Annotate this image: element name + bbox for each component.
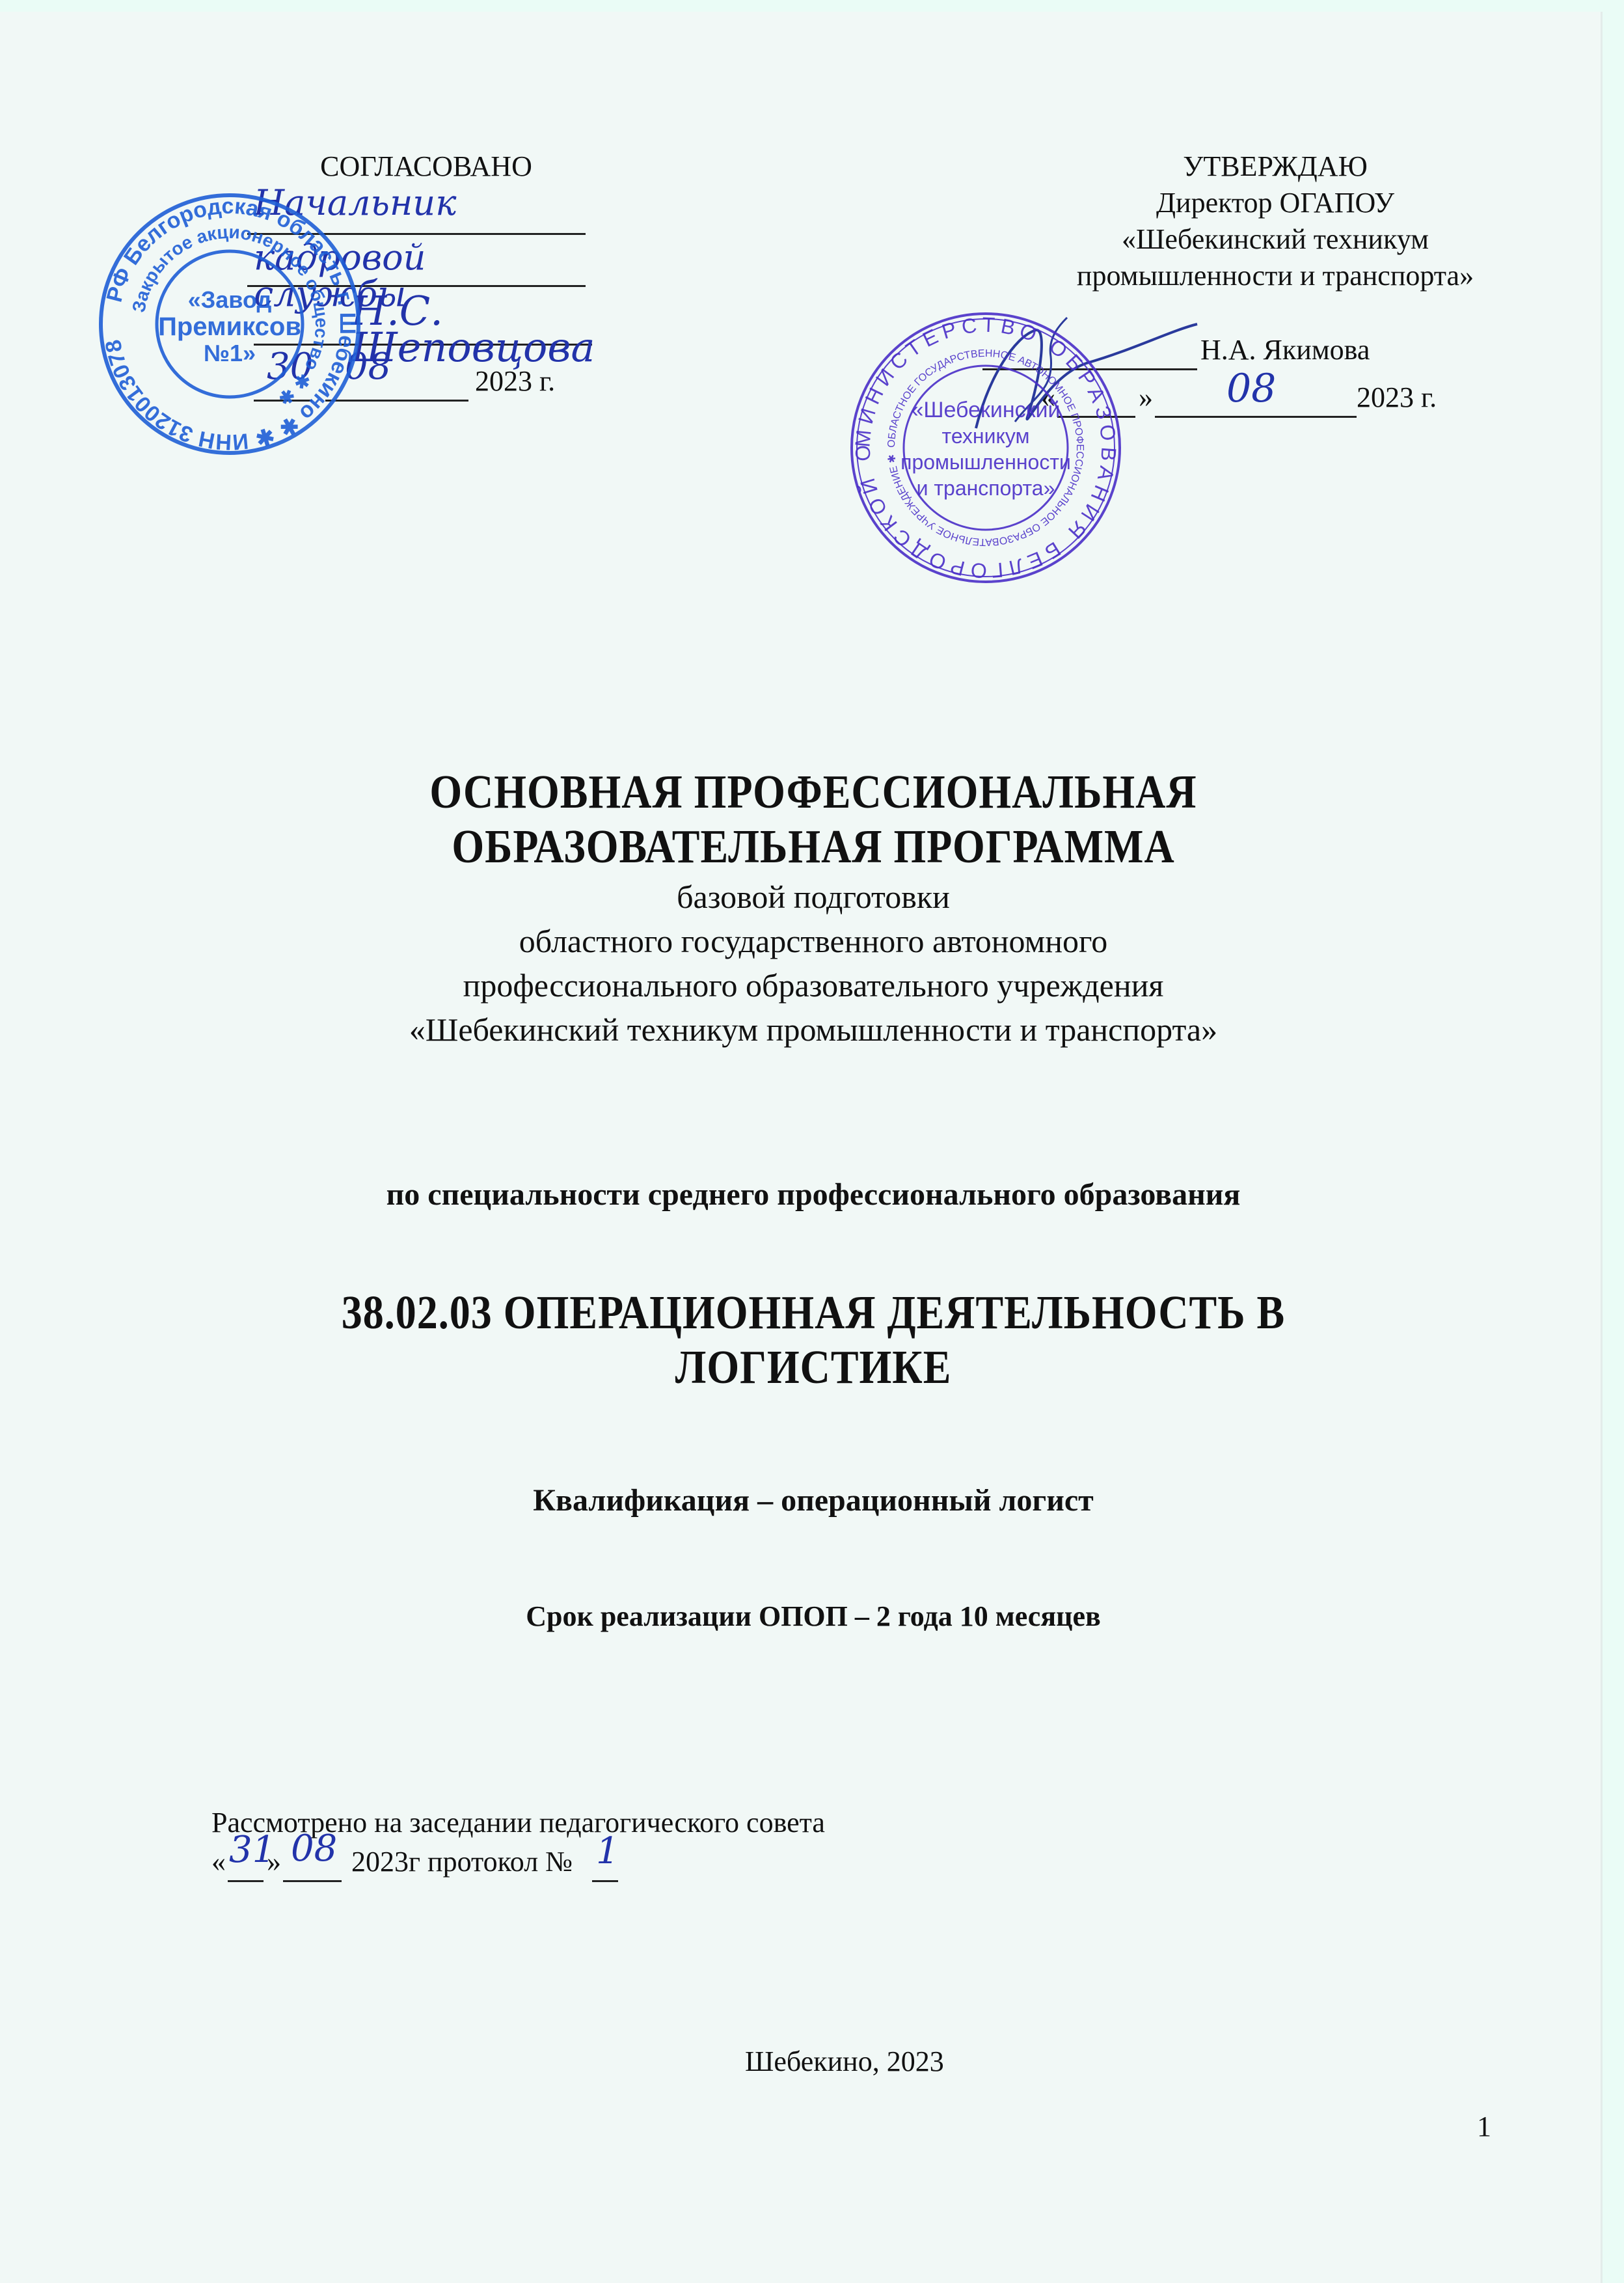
program-subtitle-1: базовой подготовки: [195, 877, 1431, 916]
program-title-line-1: ОСНОВНАЯ ПРОФЕССИОНАЛЬНАЯ: [195, 763, 1431, 821]
round-stamp-icon: МИНИСТЕРСТВО ОБРАЗОВАНИЯ БЕЛГОРОДСКОЙ ОБ…: [846, 308, 1126, 588]
approved-block: УТВЕРЖДАЮ Директор ОГАПОУ «Шебекинский т…: [976, 148, 1575, 294]
document-page: СОГЛАСОВАНО Начальник кадровой службы Н.…: [0, 12, 1603, 2283]
council-year-protocol: 2023г протокол №: [351, 1844, 573, 1880]
agreed-heading: СОГЛАСОВАНО: [280, 148, 573, 185]
title-section: ОСНОВНАЯ ПРОФЕССИОНАЛЬНАЯ ОБРАЗОВАТЕЛЬНА…: [195, 767, 1431, 1049]
program-subtitle-3: профессионального образовательного учреж…: [195, 966, 1431, 1005]
svg-text:№1»: №1»: [204, 340, 256, 366]
institution-stamp: МИНИСТЕРСТВО ОБРАЗОВАНИЯ БЕЛГОРОДСКОЙ ОБ…: [846, 308, 1126, 588]
specialty-section: 38.02.03 ОПЕРАЦИОННАЯ ДЕЯТЕЛЬНОСТЬ В ЛОГ…: [195, 1287, 1431, 1393]
agreed-year: 2023 г.: [475, 363, 555, 400]
round-stamp-icon: РФ Белгородская область г. Шебекино ✱ ✱ …: [96, 191, 363, 458]
approved-heading: УТВЕРЖДАЮ: [976, 148, 1575, 185]
svg-text:промышленности: промышленности: [900, 450, 1071, 474]
approved-year: 2023 г.: [1357, 379, 1437, 416]
director-title: Директор ОГАПОУ: [976, 185, 1575, 221]
specialty-line-1: 38.02.03 ОПЕРАЦИОННАЯ ДЕЯТЕЛЬНОСТЬ В: [195, 1283, 1431, 1342]
svg-text:ОБЛАСТНОЕ ГОСУДАРСТВЕННОЕ АВТО: ОБЛАСТНОЕ ГОСУДАРСТВЕННОЕ АВТОНОМНОЕ ПРО…: [886, 348, 1085, 547]
protocol-number-line: 1: [592, 1844, 618, 1882]
handwritten-approved-month: 08: [1226, 370, 1276, 407]
institution-line-1: «Шебекинский техникум: [976, 221, 1575, 258]
page-number: 1: [1477, 2109, 1491, 2145]
city-year: Шебекино, 2023: [745, 2044, 944, 2080]
svg-text:техникум: техникум: [942, 424, 1030, 448]
svg-text:«Завод: «Завод: [188, 286, 272, 313]
institution-line-2: промышленности и транспорта»: [976, 258, 1575, 294]
program-title-line-2: ОБРАЗОВАТЕЛЬНАЯ ПРОГРАММА: [195, 817, 1431, 876]
handwritten-council-month: 08: [291, 1831, 337, 1867]
svg-text:и транспорта»: и транспорта»: [917, 476, 1055, 500]
handwritten-protocol-number: 1: [596, 1833, 619, 1870]
open-quote: «: [211, 1844, 226, 1880]
program-subtitle-2: областного государственного автономного: [195, 922, 1431, 961]
council-date-row: « 31 » 08 2023г протокол № 1: [211, 1844, 1057, 1883]
specialty-intro: по специальности среднего профессиональн…: [195, 1177, 1431, 1212]
council-month-line: 08: [283, 1844, 342, 1882]
close-quote: »: [267, 1844, 281, 1880]
svg-text:«Шебекинский: «Шебекинский: [911, 398, 1060, 422]
svg-text:Премиксов: Премиксов: [158, 312, 301, 341]
council-block: Рассмотрено на заседании педагогического…: [211, 1805, 1057, 1883]
duration: Срок реализации ОПОП – 2 года 10 месяцев: [195, 1600, 1431, 1633]
council-day-line: 31: [228, 1844, 264, 1882]
council-text: Рассмотрено на заседании педагогического…: [211, 1805, 1057, 1841]
qualification: Квалификация – операционный логист: [195, 1483, 1431, 1518]
program-subtitle-4: «Шебекинский техникум промышленности и т…: [195, 1010, 1431, 1049]
director-name: Н.А. Якимова: [1200, 332, 1370, 368]
specialty-line-2: ЛОГИСТИКЕ: [195, 1338, 1431, 1397]
company-stamp: РФ Белгородская область г. Шебекино ✱ ✱ …: [96, 191, 363, 458]
